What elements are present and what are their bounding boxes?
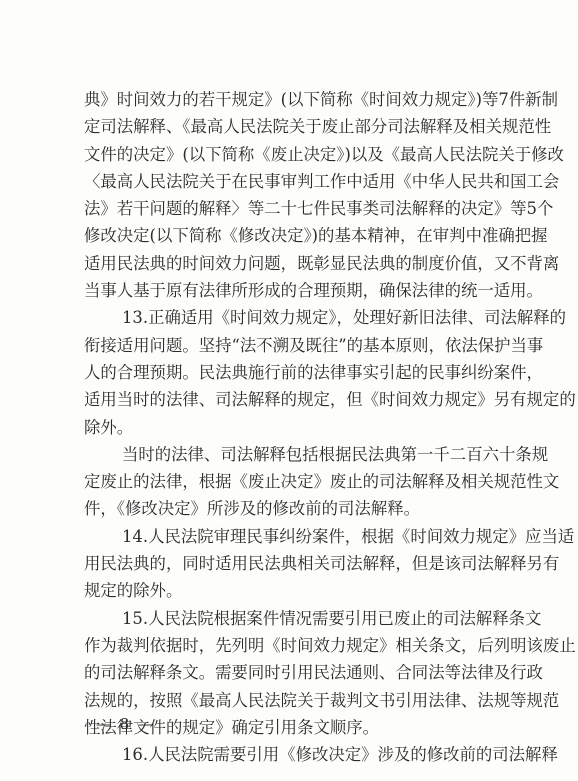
body-text: 典》时间效力的若干规定》(以下简称《时间效力规定》)等7件新制定司法解释、《最高… [84, 86, 506, 768]
text-line: 定废止的法律，根据《废止决定》废止的司法解释及相关规范性文 [84, 468, 506, 495]
text-line: 典》时间效力的若干规定》(以下简称《时间效力规定》)等7件新制 [84, 86, 506, 113]
text-line: 当时的法律、司法解释包括根据民法典第一千二百六十条规 [84, 441, 506, 468]
text-line: 用民法典的，同时适用民法典相关司法解释，但是该司法解释另有 [84, 550, 506, 577]
text-line: 作为裁判依据时，先列明《时间效力规定》相关条文，后列明该废止 [84, 632, 506, 659]
text-line: 文件的决定》(以下简称《废止决定》)以及《最高人民法院关于修改 [84, 141, 506, 168]
text-line: 16.人民法院需要引用《修改决定》涉及的修改前的司法解释 [84, 741, 506, 768]
text-line: 适用当时的法律、司法解释的规定，但《时间效力规定》另有规定的 [84, 386, 506, 413]
text-line: 衔接适用问题。坚持“法不溯及既往”的基本原则，依法保护当事 [84, 332, 506, 359]
text-line: 适用民法典的时间效力问题，既彰显民法典的制度价值，又不背离 [84, 250, 506, 277]
page-number: — 8 — [96, 714, 155, 734]
text-line: 件，《修改决定》所涉及的修改前的司法解释。 [84, 495, 506, 522]
text-line: 法规的，按照《最高人民法院关于裁判文书引用法律、法规等规范 [84, 687, 506, 714]
text-line: 除外。 [84, 414, 506, 441]
text-line: 当事人基于原有法律所形成的合理预期，确保法律的统一适用。 [84, 277, 506, 304]
text-line: 人的合理预期。民法典施行前的法律事实引起的民事纠纷案件， [84, 359, 506, 386]
document-page: 典》时间效力的若干规定》(以下简称《时间效力规定》)等7件新制定司法解释、《最高… [0, 0, 578, 781]
text-line: 定司法解释、《最高人民法院关于废止部分司法解释及相关规范性 [84, 113, 506, 140]
text-line: 的司法解释条文。需要同时引用民法通则、合同法等法律及行政 [84, 659, 506, 686]
text-line: 修改决定(以下简称《修改决定》)的基本精神，在审判中准确把握 [84, 222, 506, 249]
text-line: 规定的除外。 [84, 577, 506, 604]
text-line: 14.人民法院审理民事纠纷案件，根据《时间效力规定》应当适 [84, 523, 506, 550]
text-line: 〈最高人民法院关于在民事审判工作中适用《中华人民共和国工会 [84, 168, 506, 195]
text-line: 法》若干问题的解释〉等二十七件民事类司法解释的决定》等5个 [84, 195, 506, 222]
text-line: 15.人民法院根据案件情况需要引用已废止的司法解释条文 [84, 605, 506, 632]
text-line: 13.正确适用《时间效力规定》，处理好新旧法律、司法解释的 [84, 304, 506, 331]
